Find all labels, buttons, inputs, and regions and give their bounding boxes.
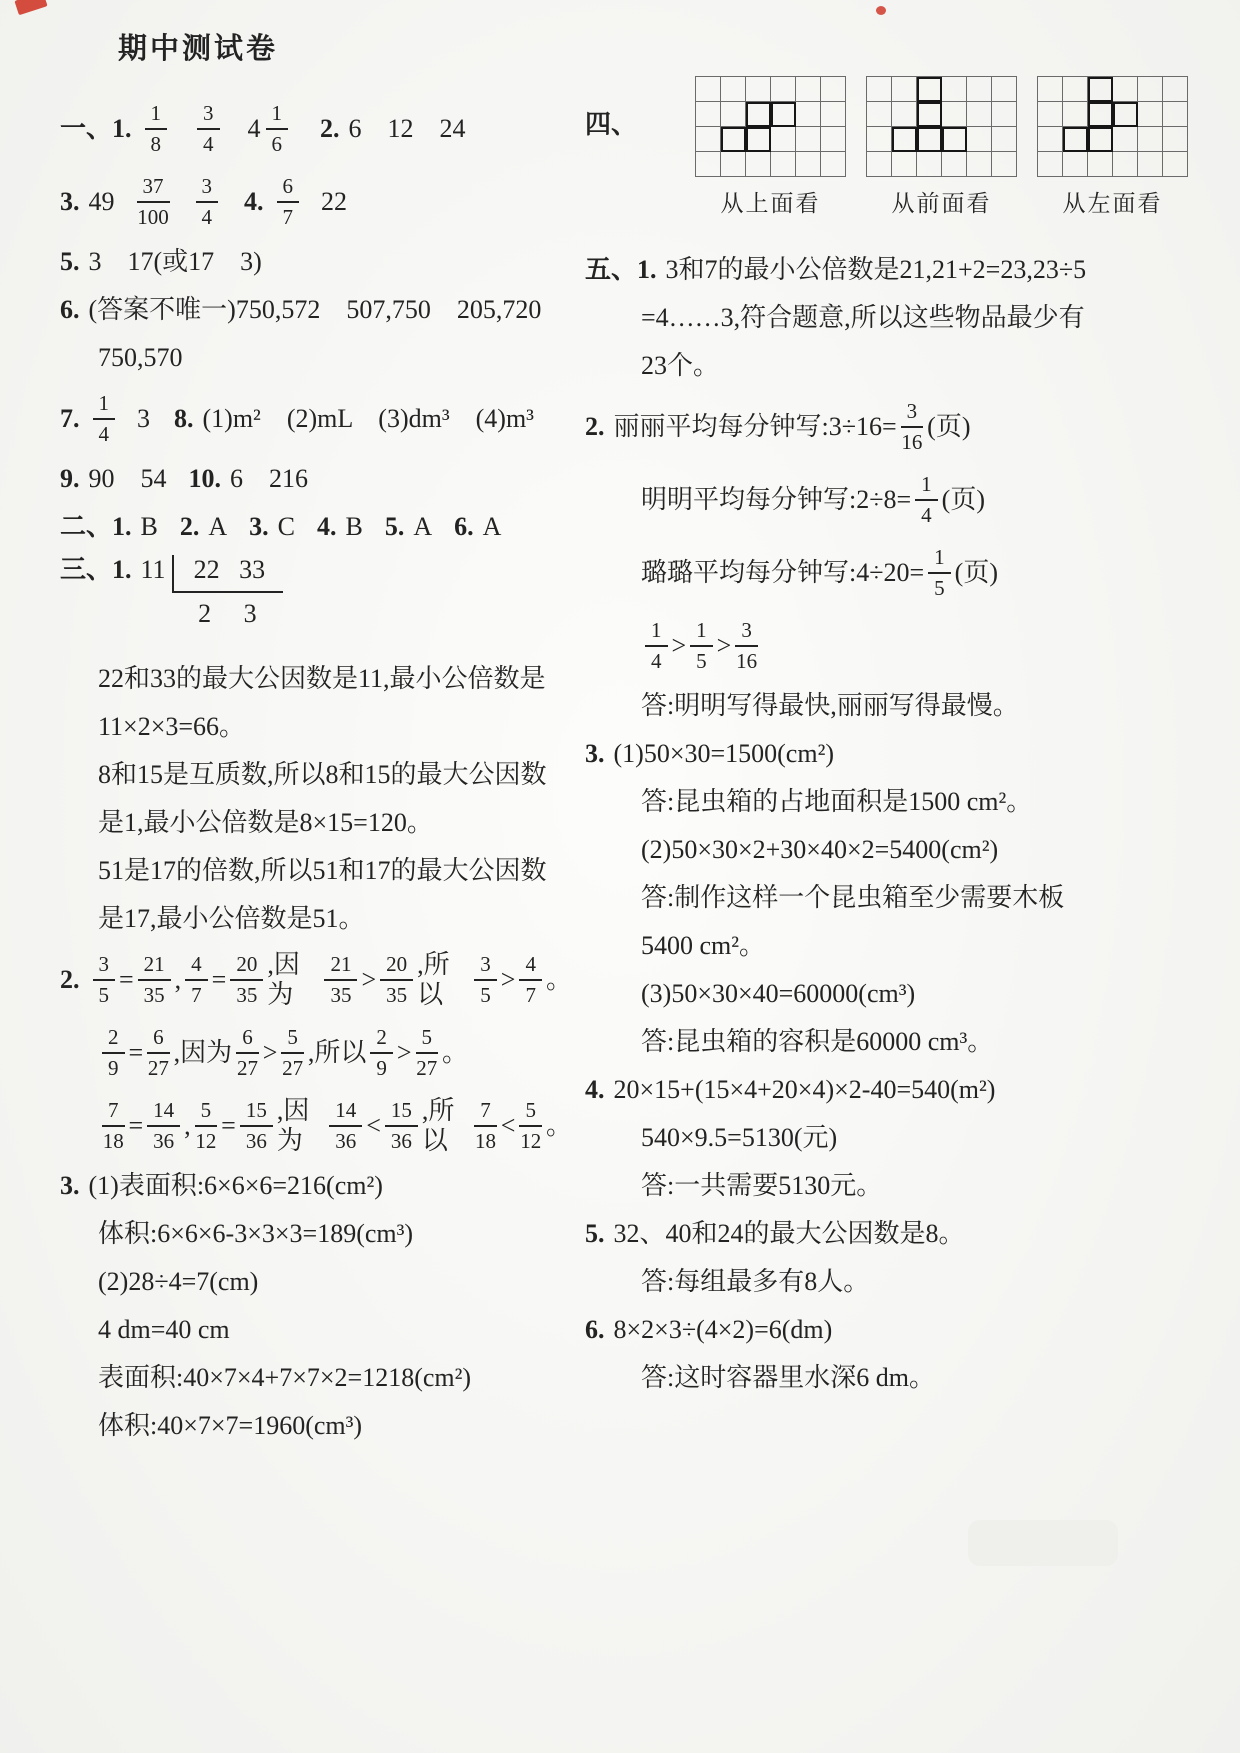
spacer	[303, 201, 321, 202]
answer-text: =	[129, 1038, 144, 1068]
grid-cell-filled	[892, 127, 917, 152]
fraction-numerator: 14	[329, 1100, 362, 1127]
grid-cell	[696, 127, 721, 152]
fraction-denominator: 9	[376, 1054, 387, 1079]
fraction: 718	[102, 1100, 125, 1152]
fraction: 29	[370, 1027, 393, 1079]
fraction-numerator: 3	[735, 620, 758, 647]
fraction-denominator: 27	[237, 1054, 258, 1079]
fraction: 47	[519, 954, 542, 1006]
spacer	[150, 418, 158, 419]
answer-text: 8和15是互质数,所以8和15的最大公因数	[98, 760, 547, 790]
grid-cell	[796, 127, 821, 152]
grid-cell	[1138, 102, 1163, 127]
grid-cell	[796, 77, 821, 102]
question-number: 4.	[317, 512, 337, 542]
answer-text: 丽丽平均每分钟写:3÷16=	[614, 412, 897, 442]
fraction-numerator: 1	[145, 103, 168, 130]
view-grid-label: 从前面看	[892, 185, 992, 218]
answer-line: 5.3 17(或17 3)	[60, 238, 572, 286]
spacer	[167, 479, 173, 480]
fraction-denominator: 36	[335, 1127, 356, 1152]
watermark	[968, 1520, 1118, 1566]
fraction: 718	[474, 1100, 497, 1152]
fraction-numerator: 3	[901, 401, 924, 428]
fraction-denominator: 27	[148, 1054, 169, 1079]
answer-line: 6.8×2×3÷(4×2)=6(dm)	[585, 1306, 1205, 1354]
grid-cell	[696, 102, 721, 127]
fraction-denominator: 36	[153, 1127, 174, 1152]
answer-text: >	[361, 965, 376, 995]
answer-text: ,因为	[267, 950, 320, 1010]
grid-cell	[821, 152, 846, 177]
fraction: 512	[519, 1100, 542, 1152]
answer-line: 2.35=2135,47=2035,因为2135>2035,所以35>47。	[60, 943, 572, 1016]
fraction-numerator: 7	[474, 1100, 497, 1127]
fraction-denominator: 27	[416, 1054, 437, 1079]
answer-text: 答:昆虫箱的占地面积是1500 cm²。	[641, 787, 1032, 817]
answer-text: =	[129, 1111, 144, 1141]
grid-cell	[1063, 77, 1088, 102]
grid-cell-filled	[1088, 77, 1113, 102]
fraction: 2035	[230, 954, 263, 1006]
grid-cell	[1163, 77, 1188, 102]
answer-text: 。	[546, 1111, 572, 1141]
grid-cell	[771, 127, 796, 152]
answer-line: 答:这时容器里水深6 dm。	[585, 1354, 1205, 1402]
fraction: 527	[281, 1027, 304, 1079]
grid-cell	[917, 152, 942, 177]
grid-cell	[1138, 152, 1163, 177]
answer-text: 23个。	[641, 351, 719, 381]
grid-cell	[696, 152, 721, 177]
grid-cell	[967, 127, 992, 152]
question-number: 10.	[189, 464, 222, 494]
grid-cell-filled	[1088, 127, 1113, 152]
grid-cell	[892, 102, 917, 127]
fraction: 627	[236, 1027, 259, 1079]
fraction-denominator: 4	[651, 647, 662, 672]
red-dot-icon	[876, 6, 886, 15]
view-grid-label: 从上面看	[721, 185, 821, 218]
grid-cell	[942, 152, 967, 177]
fraction-denominator: 100	[137, 203, 169, 228]
question-number: 6.	[585, 1315, 605, 1345]
spacer	[171, 128, 193, 129]
answer-text: 答:明明写得最快,丽丽写得最慢。	[641, 691, 1019, 721]
answer-text: 璐璐平均每分钟写:4÷20=	[641, 558, 924, 588]
answer-line: 5400 cm²。	[585, 922, 1205, 970]
answer-text: 答:昆虫箱的容积是60000 cm³。	[641, 1027, 993, 1057]
fraction: 35	[474, 954, 497, 1006]
answer-line: (3)50×30×40=60000(cm³)	[585, 970, 1205, 1018]
grid-cell	[771, 152, 796, 177]
grid-cell-filled	[771, 102, 796, 127]
answer-line: 二、1.B2.A3.C4.B5.A6.A	[60, 503, 572, 551]
question-number: 三、1.	[60, 555, 132, 585]
fraction: 1536	[240, 1100, 273, 1152]
spacer	[158, 527, 164, 528]
fraction-numerator: 6	[236, 1027, 259, 1054]
answer-text: 32、40和24的最大公因数是8。	[614, 1219, 965, 1249]
spacer	[224, 128, 246, 129]
grid-cell	[967, 77, 992, 102]
grid-cell	[1163, 152, 1188, 177]
fraction-numerator: 1	[645, 620, 668, 647]
fraction: 29	[102, 1027, 125, 1079]
grid-cell	[867, 152, 892, 177]
answer-line: 3.(1)50×30=1500(cm²)	[585, 730, 1205, 778]
spacer	[222, 201, 228, 202]
grid-cell-filled	[917, 77, 942, 102]
answer-line: 答:明明写得最快,丽丽写得最慢。	[585, 682, 1205, 730]
fraction: 2035	[380, 954, 413, 1006]
fraction-numerator: 1	[915, 474, 938, 501]
mixed-number: 416	[248, 103, 293, 155]
fraction-denominator: 4	[202, 203, 213, 228]
question-number: 8.	[174, 404, 194, 434]
fraction: 627	[147, 1027, 170, 1079]
grid-cell	[1113, 77, 1138, 102]
grid-cell	[796, 102, 821, 127]
answer-text: (2)28÷4=7(cm)	[98, 1267, 258, 1297]
fraction-denominator: 7	[283, 203, 294, 228]
short-division: 22 33 2 3	[172, 555, 284, 629]
division-results: 2 3	[172, 593, 284, 629]
answer-line: 3.(1)表面积:6×6×6=216(cm²)	[60, 1162, 572, 1210]
answer-line: 2.丽丽平均每分钟写:3÷16=316(页)	[585, 390, 1205, 463]
answer-line: 22和33的最大公因数是11,最小公倍数是	[60, 655, 572, 703]
answer-text: <	[501, 1111, 516, 1141]
fraction: 47	[185, 954, 208, 1006]
grid-cell	[721, 152, 746, 177]
grid-cell-filled	[1088, 102, 1113, 127]
fraction-denominator: 27	[282, 1054, 303, 1079]
answer-text: ,	[184, 1111, 191, 1141]
grid-cell	[1088, 152, 1113, 177]
answer-text: 6 12 24	[349, 114, 466, 144]
answer-text: (1)表面积:6×6×6=216(cm²)	[89, 1171, 383, 1201]
fraction-denominator: 7	[191, 981, 202, 1006]
answer-text: =	[212, 965, 227, 995]
question-number: 一、1.	[60, 114, 132, 144]
fraction-numerator: 15	[240, 1100, 273, 1127]
answer-text: (1)50×30=1500(cm²)	[614, 739, 835, 769]
fraction-numerator: 3	[93, 954, 116, 981]
fraction: 15	[928, 547, 951, 599]
fraction-numerator: 37	[137, 176, 170, 203]
fraction-denominator: 35	[386, 981, 407, 1006]
fraction-denominator: 36	[246, 1127, 267, 1152]
grid-cell-filled	[942, 127, 967, 152]
fraction-numerator: 5	[519, 1100, 542, 1127]
spacer	[432, 527, 438, 528]
fraction-numerator: 1	[928, 547, 951, 574]
answer-text: ,因为	[174, 1038, 233, 1068]
grid-cell-filled	[917, 102, 942, 127]
answer-text: 22	[321, 187, 347, 217]
fraction: 512	[195, 1100, 218, 1152]
answer-line: 51是17的倍数,所以51和17的最大公因数	[60, 847, 572, 895]
grid-cell	[821, 127, 846, 152]
view-grid	[1037, 76, 1188, 177]
answer-line: 8和15是互质数,所以8和15的最大公因数	[60, 751, 572, 799]
answer-line: 750,570	[60, 334, 572, 382]
fraction: 527	[416, 1027, 439, 1079]
fraction: 67	[277, 176, 300, 228]
answer-text: 750,570	[98, 343, 183, 373]
question-number: 6.	[454, 512, 474, 542]
fraction-numerator: 21	[138, 954, 171, 981]
answer-text: 49	[89, 187, 115, 217]
question-number: 6.	[60, 295, 80, 325]
answer-text: 体积:40×7×7=1960(cm³)	[98, 1411, 362, 1441]
answer-text: 是17,最小公倍数是51。	[98, 904, 365, 934]
grid-cell-filled	[917, 127, 942, 152]
answer-line: 9.90 5410.6 216	[60, 455, 572, 503]
answer-text: 答:制作这样一个昆虫箱至少需要木板	[641, 883, 1064, 913]
fraction-numerator: 20	[380, 954, 413, 981]
fraction: 14	[915, 474, 938, 526]
answer-line: 答:一共需要5130元。	[585, 1162, 1205, 1210]
grid-cell	[1063, 152, 1088, 177]
answer-line: 表面积:40×7×4+7×7×2=1218(cm²)	[60, 1354, 572, 1402]
answer-line: 明明平均每分钟写:2÷8=14(页)	[585, 463, 1205, 536]
fraction-denominator: 16	[901, 428, 922, 453]
answer-line: 14>15>316	[585, 609, 1205, 682]
view-grid-item: 从上面看	[695, 76, 846, 218]
fraction-numerator: 5	[416, 1027, 439, 1054]
fraction: 1436	[147, 1100, 180, 1152]
grid-cell	[992, 127, 1017, 152]
answer-text: >	[263, 1038, 278, 1068]
fraction-denominator: 12	[195, 1127, 216, 1152]
grid-cell	[867, 102, 892, 127]
section-five-lines: 五、1.3和7的最小公倍数是21,21+2=23,23÷5=4……3,符合题意,…	[585, 246, 1205, 1402]
grid-cell	[1113, 152, 1138, 177]
question-number: 2.	[60, 965, 80, 995]
left-column: 一、1.18344162.6 12 243.4937100344.67225.3…	[60, 92, 572, 1450]
grid-cell	[967, 152, 992, 177]
answer-line: 三、1.1122 33 2 3	[60, 551, 572, 655]
question-number: 五、1.	[585, 255, 657, 285]
answer-text: >	[672, 631, 687, 661]
fraction-denominator: 35	[330, 981, 351, 1006]
grid-cell	[1138, 127, 1163, 152]
view-grids: 从上面看从前面看从左面看	[695, 76, 1188, 218]
whole-number: 4	[248, 114, 261, 144]
fraction: 316	[901, 401, 924, 453]
spacer	[294, 128, 304, 129]
answer-text: 11	[141, 555, 166, 585]
answer-line: 答:每组最多有8人。	[585, 1258, 1205, 1306]
fraction: 2135	[138, 954, 171, 1006]
fraction: 15	[690, 620, 713, 672]
answer-text: A	[413, 512, 432, 542]
answer-text: 6 216	[230, 464, 308, 494]
question-number: 2.	[180, 512, 200, 542]
fraction-numerator: 20	[230, 954, 263, 981]
fraction-denominator: 6	[272, 130, 283, 155]
answer-line: 答:制作这样一个昆虫箱至少需要木板	[585, 874, 1205, 922]
answer-text: A	[483, 512, 502, 542]
answer-line: (2)50×30×2+30×40×2=5400(cm²)	[585, 826, 1205, 874]
fraction-denominator: 18	[475, 1127, 496, 1152]
answer-text: 51是17的倍数,所以51和17的最大公因数	[98, 856, 547, 886]
answer-text: (页)	[927, 412, 970, 442]
answer-text: 5400 cm²。	[641, 931, 765, 961]
answer-line: 29=627,因为627>527,所以29>527。	[60, 1016, 572, 1089]
grid-cell	[821, 102, 846, 127]
section-four-label: 四、	[585, 76, 647, 141]
fraction: 14	[93, 393, 116, 445]
answer-line: 7.1438.(1)m² (2)mL (3)dm³ (4)m³	[60, 382, 572, 455]
spacer	[363, 527, 369, 528]
fraction-numerator: 3	[196, 176, 219, 203]
grid-cell	[892, 77, 917, 102]
answer-text: ,所以	[422, 1096, 470, 1156]
answer-text: ,所以	[308, 1038, 367, 1068]
fraction: 18	[145, 103, 168, 155]
fraction-numerator: 15	[385, 1100, 418, 1127]
red-mark-icon	[14, 0, 47, 15]
answer-text: (页)	[942, 485, 985, 515]
fraction: 37100	[137, 176, 170, 228]
fraction: 316	[735, 620, 758, 672]
answer-text: 3	[137, 404, 150, 434]
grid-cell	[867, 77, 892, 102]
grid-cell	[1038, 152, 1063, 177]
answer-text: 。	[546, 965, 572, 995]
answer-text: =4……3,符合题意,所以这些物品最少有	[641, 303, 1085, 333]
fraction-denominator: 4	[203, 130, 214, 155]
fraction-numerator: 6	[277, 176, 300, 203]
grid-cell-filled	[1113, 102, 1138, 127]
answer-text: <	[366, 1111, 381, 1141]
answer-text: 。	[442, 1038, 468, 1068]
fraction-denominator: 8	[151, 130, 162, 155]
grid-cell	[992, 102, 1017, 127]
answer-line: 3.4937100344.6722	[60, 165, 572, 238]
question-number: 9.	[60, 464, 80, 494]
fraction: 34	[197, 103, 220, 155]
fraction-denominator: 18	[103, 1127, 124, 1152]
question-number: 5.	[585, 1219, 605, 1249]
fraction-numerator: 4	[185, 954, 208, 981]
answer-text: 22和33的最大公因数是11,最小公倍数是	[98, 664, 546, 694]
grid-cell	[867, 127, 892, 152]
fraction-numerator: 2	[370, 1027, 393, 1054]
question-number: 2.	[585, 412, 605, 442]
fraction-numerator: 1	[266, 103, 289, 130]
answer-text: =	[119, 965, 134, 995]
fraction: 2135	[324, 954, 357, 1006]
answer-text: 20×15+(15×4+20×4)×2-40=540(m²)	[614, 1075, 996, 1105]
answer-line: 答:昆虫箱的占地面积是1500 cm²。	[585, 778, 1205, 826]
fraction-numerator: 3	[197, 103, 220, 130]
view-grid	[695, 76, 846, 177]
answer-text: >	[717, 631, 732, 661]
fraction-numerator: 2	[102, 1027, 125, 1054]
answer-line: 23个。	[585, 342, 1205, 390]
grid-cell	[796, 152, 821, 177]
fraction-numerator: 7	[102, 1100, 125, 1127]
grid-cell	[967, 102, 992, 127]
answer-line: 5.32、40和24的最大公因数是8。	[585, 1210, 1205, 1258]
fraction-denominator: 5	[696, 647, 707, 672]
answer-text: B	[345, 512, 362, 542]
answer-text: A	[208, 512, 227, 542]
fraction-denominator: 36	[391, 1127, 412, 1152]
answer-line: 4 dm=40 cm	[60, 1306, 572, 1354]
fraction-numerator: 4	[519, 954, 542, 981]
page: 期中测试卷 一、1.18344162.6 12 243.4937100344.6…	[0, 0, 1240, 1753]
answer-line: 五、1.3和7的最小公倍数是21,21+2=23,23÷5	[585, 246, 1205, 294]
answer-text: 3和7的最小公倍数是21,21+2=23,23÷5	[666, 255, 1087, 285]
division-dividends: 22 33	[172, 555, 284, 593]
grid-cell	[942, 77, 967, 102]
fraction-numerator: 3	[474, 954, 497, 981]
fraction-denominator: 4	[99, 420, 110, 445]
answer-text: 8×2×3÷(4×2)=6(dm)	[614, 1315, 833, 1345]
answer-text: ,因为	[277, 1096, 325, 1156]
fraction-denominator: 5	[480, 981, 491, 1006]
grid-cell-filled	[1063, 127, 1088, 152]
fraction-denominator: 4	[921, 501, 932, 526]
grid-cell	[992, 152, 1017, 177]
grid-cell	[1163, 127, 1188, 152]
grid-cell	[746, 152, 771, 177]
fraction-numerator: 14	[147, 1100, 180, 1127]
right-column: 四、 从上面看从前面看从左面看 五、1.3和7的最小公倍数是21,21+2=23…	[585, 76, 1205, 1402]
answer-text: 4 dm=40 cm	[98, 1315, 230, 1345]
fraction-numerator: 1	[93, 393, 116, 420]
answer-line: =4……3,符合题意,所以这些物品最少有	[585, 294, 1205, 342]
grid-cell	[1113, 127, 1138, 152]
fraction-denominator: 7	[525, 981, 536, 1006]
grid-cell	[892, 152, 917, 177]
answer-line: 6.(答案不唯一)750,572 507,750 205,720	[60, 286, 572, 334]
answer-text: 540×9.5=5130(元)	[641, 1123, 837, 1153]
fraction-denominator: 5	[934, 574, 945, 599]
answer-text: ,	[175, 965, 182, 995]
grid-cell	[1038, 77, 1063, 102]
answer-text: (3)50×30×40=60000(cm³)	[641, 979, 915, 1009]
fraction-numerator: 6	[147, 1027, 170, 1054]
answer-text: 是1,最小公倍数是8×15=120。	[98, 808, 433, 838]
fraction: 16	[266, 103, 289, 155]
fraction: 35	[93, 954, 116, 1006]
division-body: 22 33 2 3	[172, 555, 284, 629]
fraction-numerator: 5	[195, 1100, 218, 1127]
question-number: 7.	[60, 404, 80, 434]
fraction-denominator: 12	[520, 1127, 541, 1152]
answer-line: 540×9.5=5130(元)	[585, 1114, 1205, 1162]
grid-cell	[942, 102, 967, 127]
answer-text: (页)	[955, 558, 998, 588]
fraction: 14	[645, 620, 668, 672]
answer-text: >	[397, 1038, 412, 1068]
answer-line: 是17,最小公倍数是51。	[60, 895, 572, 943]
answer-text: 答:每组最多有8人。	[641, 1267, 869, 1297]
answer-text: C	[278, 512, 295, 542]
fraction-denominator: 5	[99, 981, 110, 1006]
answer-line: 4.20×15+(15×4+20×4)×2-40=540(m²)	[585, 1066, 1205, 1114]
view-grid-item: 从左面看	[1037, 76, 1188, 218]
spacer	[115, 201, 133, 202]
grid-cell	[1163, 102, 1188, 127]
fraction: 1536	[385, 1100, 418, 1152]
